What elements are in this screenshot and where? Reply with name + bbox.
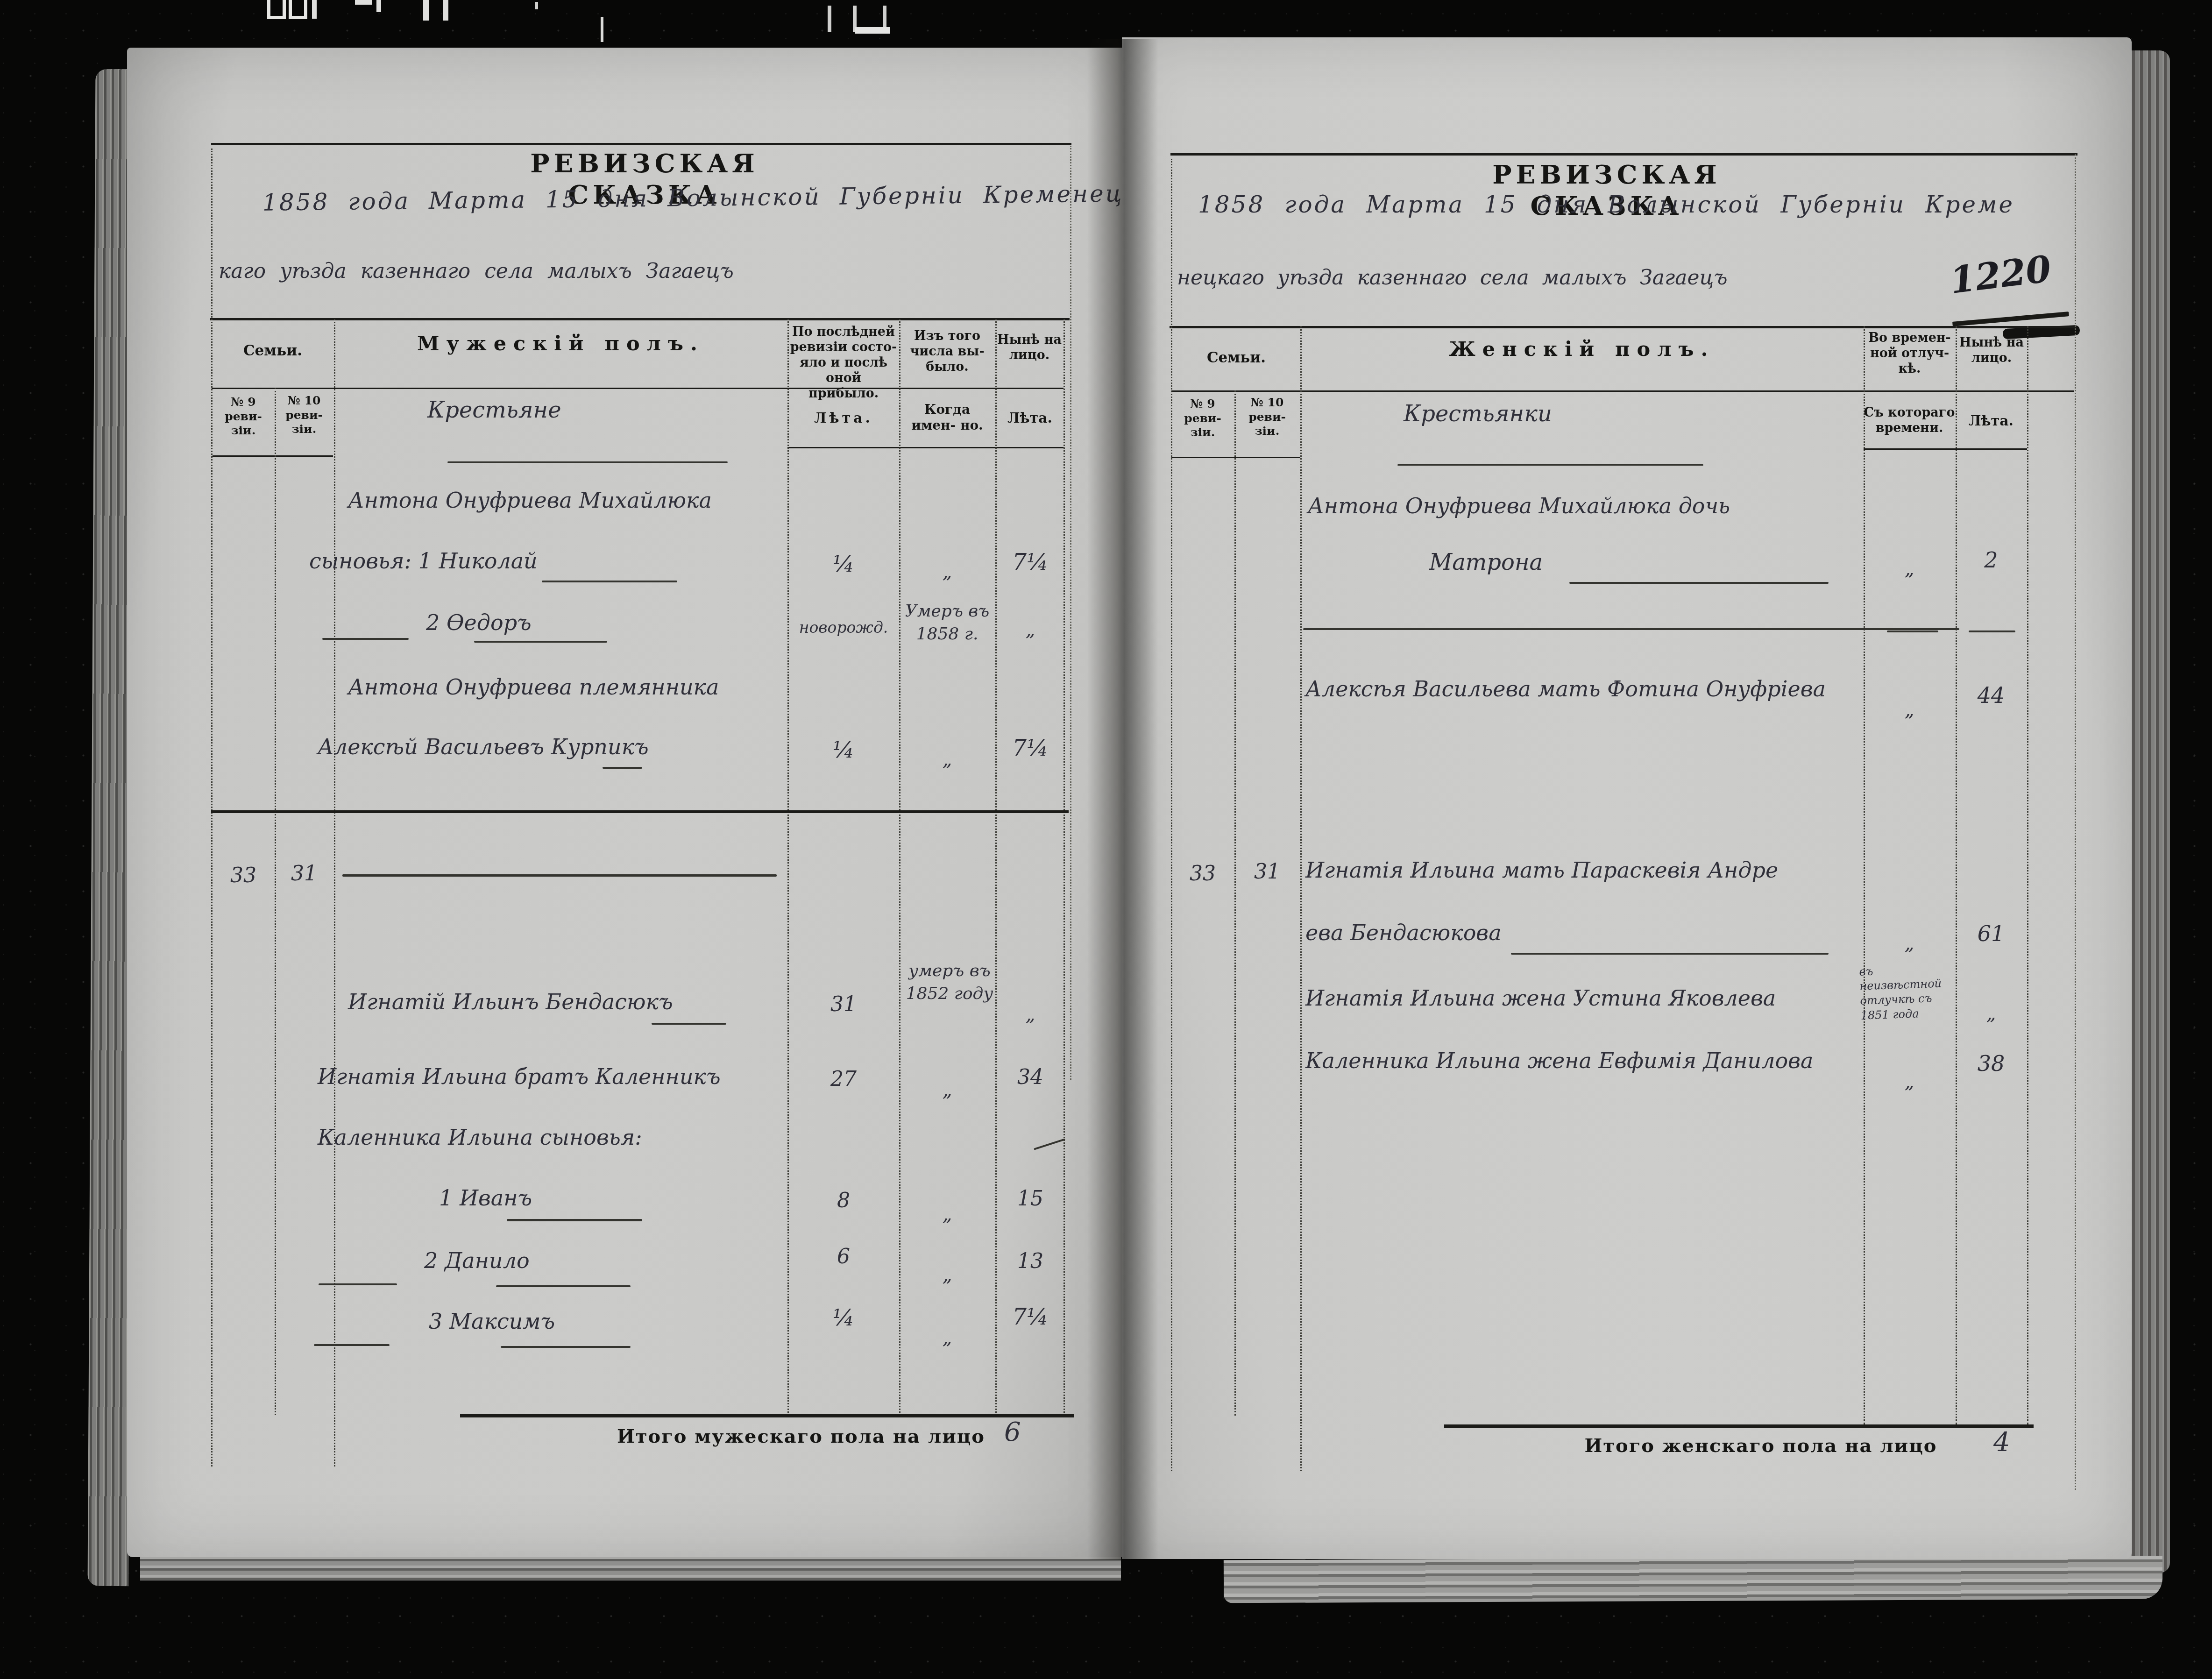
total-value: 6 bbox=[1004, 1418, 1021, 1447]
age-now-cell: 2 bbox=[1956, 548, 2027, 573]
col-header-prev-revision: По послѣдней ревизіи состо- яло и послѣ … bbox=[790, 325, 897, 402]
age-now-cell: 7¼ bbox=[996, 550, 1064, 575]
flourish-line bbox=[322, 638, 409, 640]
when-cell: „ bbox=[900, 749, 994, 770]
table-rule bbox=[213, 455, 333, 457]
total-rule bbox=[460, 1414, 1074, 1417]
microfilm-scan: РЕВИЗСКАЯ СКАЗКА 1858 года Марта 15 дня … bbox=[0, 0, 2212, 1679]
age-prev-cell: ¼ bbox=[790, 738, 897, 763]
film-mark bbox=[423, 0, 429, 21]
row-name: Матрона bbox=[1429, 550, 1543, 575]
age-now-cell: 15 bbox=[996, 1187, 1064, 1210]
col-header-departed: Изъ того числа вы- было. bbox=[900, 329, 994, 375]
table-rule bbox=[787, 447, 1063, 448]
film-mark bbox=[535, 2, 538, 9]
age-now-cell: 44 bbox=[1956, 684, 2027, 708]
flourish-line bbox=[474, 641, 607, 643]
rule-line bbox=[211, 143, 1071, 145]
estate-label: Крестьянки bbox=[1404, 402, 1552, 427]
flourish-line bbox=[1887, 631, 1938, 632]
col-header-rev9: № 9 реви- зіи. bbox=[213, 395, 273, 438]
age-prev-cell: новорожд. bbox=[790, 619, 897, 637]
total-value: 4 bbox=[1993, 1428, 2010, 1458]
since-cell: „ bbox=[1864, 933, 1955, 954]
family-no-9: 33 bbox=[1172, 862, 1233, 885]
row-name: Игнатія Ильина жена Устина Яковлева bbox=[1305, 986, 1776, 1011]
age-now-cell: „ bbox=[996, 619, 1064, 640]
rule-line bbox=[1170, 153, 2077, 156]
total-rule bbox=[1444, 1424, 2034, 1428]
column-divider bbox=[1864, 326, 1865, 1424]
age-prev-cell: 6 bbox=[790, 1245, 897, 1268]
when-cell: „ bbox=[900, 1204, 994, 1225]
when-cell: „ bbox=[900, 1265, 994, 1286]
column-divider bbox=[1956, 326, 1957, 1424]
flourish-line bbox=[1569, 582, 1829, 584]
row-name: Каленника Ильина жена Евфимія Данилова bbox=[1305, 1049, 1813, 1073]
underline bbox=[1397, 464, 1703, 466]
family-no-10: 31 bbox=[276, 862, 333, 885]
table-rule bbox=[212, 388, 1063, 389]
margin-line bbox=[1070, 146, 1071, 1080]
col-header-absence: Во времен- ной отлуч- кѣ. bbox=[1865, 331, 1955, 377]
age-now-cell: 34 bbox=[996, 1066, 1064, 1089]
row-name: ева Бендасюкова bbox=[1305, 921, 1502, 945]
film-mark bbox=[312, 0, 317, 19]
row-name: Алексѣй Васильевъ Курпикъ bbox=[318, 735, 649, 759]
row-name: Игнатія Ильина братъ Каленникъ bbox=[318, 1065, 721, 1089]
flourish-line bbox=[1511, 953, 1829, 955]
page-stack-edge-bottom-right bbox=[1224, 1556, 2162, 1603]
col-header-present: Нынѣ на лицо. bbox=[996, 333, 1063, 363]
table-rule bbox=[1171, 457, 1300, 458]
age-now-cell: 13 bbox=[996, 1250, 1064, 1273]
date-line: 1858 года Марта 15 дня Волынской Губерні… bbox=[1198, 191, 2014, 218]
col-header-family: Семьи. bbox=[213, 342, 333, 360]
flourish-line bbox=[496, 1285, 631, 1287]
total-label: Итого женскаго пола на лицо bbox=[1548, 1435, 1973, 1458]
age-now-cell: 61 bbox=[1956, 922, 2027, 946]
film-mark bbox=[443, 0, 448, 21]
age-prev-cell: 8 bbox=[790, 1189, 897, 1212]
film-mark bbox=[855, 27, 890, 34]
flourish-line bbox=[314, 1344, 390, 1346]
estate-label: Крестьяне bbox=[427, 398, 561, 423]
row-name: 2 Ѳедоръ bbox=[426, 611, 532, 635]
film-mark bbox=[601, 17, 603, 42]
row-name: Алексѣя Васильева мать Фотина Онуфріева bbox=[1305, 677, 1826, 701]
flourish-line bbox=[319, 1283, 397, 1285]
row-name: Каленника Ильина сыновья: bbox=[318, 1126, 642, 1150]
column-divider bbox=[2027, 326, 2028, 1424]
col-header-sex: Мужескій полъ. bbox=[334, 332, 787, 356]
age-prev-cell: ¼ bbox=[790, 552, 897, 577]
column-divider bbox=[334, 319, 335, 1466]
flourish-line bbox=[501, 1346, 631, 1348]
flourish-line bbox=[652, 1023, 726, 1025]
column-divider bbox=[1234, 390, 1236, 1416]
absence-note: въ неизвѣстной отлучкѣ съ 1851 года bbox=[1859, 961, 1959, 1023]
subheader-years: Лѣта. bbox=[1956, 413, 2027, 430]
row-name: сыновья: 1 Николай bbox=[309, 549, 538, 574]
row-name: 2 Данило bbox=[424, 1249, 530, 1273]
margin-line bbox=[2075, 154, 2076, 1490]
column-divider bbox=[787, 319, 789, 1415]
page-stack-edge-bottom-left bbox=[140, 1556, 1121, 1580]
row-name: Антона Онуфриева Михайлюка bbox=[348, 489, 712, 513]
table-rule bbox=[1170, 326, 2077, 328]
place-line: каго уѣзда казеннаго села малыхъ Загаецъ bbox=[219, 260, 734, 283]
subheader-years: Лѣта. bbox=[790, 410, 897, 427]
flourish-line bbox=[342, 874, 777, 877]
age-now-cell: 7¼ bbox=[996, 1305, 1064, 1330]
table-rule bbox=[1864, 448, 2027, 450]
flourish-line bbox=[603, 767, 642, 769]
age-now-cell: „ bbox=[996, 1004, 1064, 1025]
film-mark bbox=[289, 0, 307, 19]
total-label: Итого мужескаго пола на лицо bbox=[593, 1425, 1009, 1448]
when-cell: „ bbox=[900, 1080, 994, 1101]
when-cell: „ bbox=[900, 1327, 994, 1348]
col-header-sex: Женскій полъ. bbox=[1300, 337, 1864, 361]
column-divider bbox=[1300, 326, 1302, 1471]
row-name: Игнатія Ильина мать Параскевія Андре bbox=[1305, 858, 1778, 883]
age-now-cell: „ bbox=[1956, 1003, 2027, 1024]
film-mark bbox=[376, 0, 381, 12]
film-mark bbox=[355, 0, 372, 5]
since-cell: „ bbox=[1864, 1071, 1955, 1092]
col-header-family: Семьи. bbox=[1172, 349, 1300, 367]
column-divider bbox=[275, 388, 276, 1415]
section-divider bbox=[1303, 628, 1959, 630]
underline bbox=[447, 461, 728, 463]
col-header-rev9: № 9 реви- зіи. bbox=[1172, 397, 1233, 440]
film-mark bbox=[828, 6, 831, 32]
place-line: нецкаго уѣзда казеннаго села малыхъ Зага… bbox=[1177, 266, 1728, 289]
subheader-since: Съ котораго времени. bbox=[1864, 405, 1955, 436]
age-prev-cell: ¼ bbox=[790, 1306, 897, 1331]
col-header-rev10: № 10 реви- зіи. bbox=[276, 394, 333, 437]
when-cell: Умеръ въ 1858 г. bbox=[900, 600, 994, 645]
column-divider bbox=[899, 319, 900, 1415]
age-prev-cell: 31 bbox=[790, 993, 897, 1016]
since-cell: „ bbox=[1864, 700, 1955, 721]
age-prev-cell: 27 bbox=[790, 1068, 897, 1091]
col-header-rev10: № 10 реви- зіи. bbox=[1236, 396, 1298, 439]
flourish-line bbox=[542, 581, 677, 582]
row-name: Антона Онуфриева Михайлюка дочь bbox=[1308, 494, 1730, 518]
page-stack-edge-right bbox=[2131, 50, 2170, 1573]
row-name: Антона Онуфриева племянника bbox=[348, 675, 719, 700]
row-name: Игнатій Ильинъ Бендасюкъ bbox=[348, 990, 673, 1014]
film-mark bbox=[267, 0, 286, 19]
subheader-when: Когда имен- но. bbox=[900, 402, 994, 433]
subheader-years: Лѣта. bbox=[996, 410, 1063, 427]
since-cell: „ bbox=[1864, 559, 1955, 580]
row-name: 1 Иванъ bbox=[439, 1186, 532, 1211]
family-no-10: 31 bbox=[1237, 860, 1297, 883]
family-no-9: 33 bbox=[213, 864, 273, 887]
when-cell: умеръ въ 1852 году bbox=[900, 960, 999, 1005]
when-cell: „ bbox=[900, 561, 994, 582]
section-divider bbox=[211, 810, 1069, 813]
flourish-line bbox=[1969, 631, 2015, 632]
col-header-present: Нынѣ на лицо. bbox=[1957, 335, 2026, 366]
age-now-cell: 7¼ bbox=[996, 736, 1064, 761]
table-rule bbox=[1171, 390, 2074, 392]
table-rule bbox=[210, 318, 1070, 320]
flourish-line bbox=[507, 1219, 642, 1221]
row-name: 3 Максимъ bbox=[429, 1310, 555, 1334]
age-now-cell: 38 bbox=[1956, 1052, 2027, 1076]
